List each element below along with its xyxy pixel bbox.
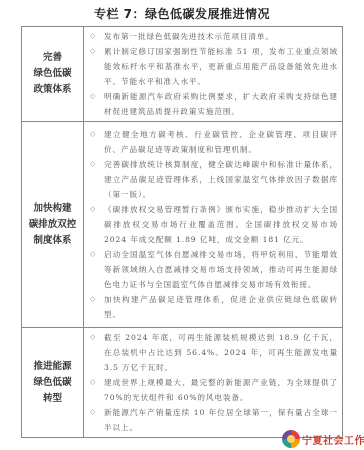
category-cell: 完善 绿色低碳 政策体系: [22, 27, 84, 122]
list-item: ◇ 建立健全地方碳考核、行业碳管控、企业碳管理、项目碳评价、产品碳足迹等政策制度…: [90, 127, 338, 157]
diamond-bullet-icon: ◇: [90, 127, 104, 142]
flower-logo-icon: [282, 430, 300, 448]
diamond-bullet-icon: ◇: [90, 375, 104, 390]
category-line: 完善: [22, 50, 83, 66]
category-line: 碳排放双控: [22, 217, 83, 233]
table-row: 推进能源 绿色低碳 转型 ◇ 截至 2024 年底，可再生能源装机规模达到 18…: [22, 328, 343, 438]
diamond-bullet-icon: ◇: [90, 247, 104, 262]
diamond-bullet-icon: ◇: [90, 202, 104, 217]
list-item: ◇ 《碳排放权交易管理暂行条例》颁布实施，稳步推动扩大全国碳排放权交易市场行业覆…: [90, 202, 338, 247]
list-item: ◇ 累计制定修订国家强制性节能标准 51 项，发布工业重点领域能效标杆水平和基准…: [90, 44, 338, 89]
diamond-bullet-icon: ◇: [90, 157, 104, 172]
category-line: 绿色低碳: [22, 66, 83, 82]
diamond-bullet-icon: ◇: [90, 29, 104, 44]
category-line: 转型: [22, 391, 83, 407]
category-line: 政策体系: [22, 82, 83, 98]
watermark-text: 宁夏社会工作网: [302, 432, 364, 447]
diamond-bullet-icon: ◇: [90, 330, 104, 345]
list-item: ◇ 明确新能源汽车政府采购比例要求，扩大政府采购支持绿色建材促进建筑品质提升政策…: [90, 89, 338, 119]
list-item: ◇ 发布第一批绿色低碳先进技术示范项目清单。: [90, 29, 338, 44]
category-line: 加快构建: [22, 201, 83, 217]
diamond-bullet-icon: ◇: [90, 405, 104, 420]
table-row: 完善 绿色低碳 政策体系 ◇ 发布第一批绿色低碳先进技术示范项目清单。 ◇ 累计…: [22, 27, 343, 122]
category-line: 绿色低碳: [22, 375, 83, 391]
items-cell: ◇ 发布第一批绿色低碳先进技术示范项目清单。 ◇ 累计制定修订国家强制性节能标准…: [84, 27, 343, 122]
list-item: ◇ 完善碳排放统计核算制度，健全碳达峰碳中和标准计量体系，建立产品碳足迹管理体系…: [90, 157, 338, 202]
list-item: ◇ 截至 2024 年底，可再生能源装机规模达到 18.9 亿千瓦，在总装机中占…: [90, 330, 338, 375]
page-title: 专栏 7：绿色低碳发展推进情况: [0, 5, 364, 22]
category-line: 制度体系: [22, 233, 83, 249]
table-row: 加快构建 碳排放双控 制度体系 ◇ 建立健全地方碳考核、行业碳管控、企业碳管理、…: [22, 122, 343, 328]
items-cell: ◇ 截至 2024 年底，可再生能源装机规模达到 18.9 亿千瓦，在总装机中占…: [84, 328, 343, 438]
site-watermark: 宁夏社会工作网: [282, 429, 364, 449]
list-item: ◇ 启动全国温室气体自愿减排交易市场，将甲烷利用、节能增效等新领域纳入自愿减排交…: [90, 247, 338, 292]
items-cell: ◇ 建立健全地方碳考核、行业碳管控、企业碳管理、项目碳评价、产品碳足迹等政策制度…: [84, 122, 343, 328]
policy-table: 完善 绿色低碳 政策体系 ◇ 发布第一批绿色低碳先进技术示范项目清单。 ◇ 累计…: [21, 26, 343, 438]
diamond-bullet-icon: ◇: [90, 89, 104, 104]
category-line: 推进能源: [22, 359, 83, 375]
category-cell: 加快构建 碳排放双控 制度体系: [22, 122, 84, 328]
category-cell: 推进能源 绿色低碳 转型: [22, 328, 84, 438]
list-item: ◇ 建成世界上规模最大、最完整的新能源产业链，为全球提供了 70%的光伏组件和 …: [90, 375, 338, 405]
diamond-bullet-icon: ◇: [90, 292, 104, 307]
diamond-bullet-icon: ◇: [90, 44, 104, 59]
list-item: ◇ 加快构建产品碳足迹管理体系，促进企业供应链绿色低碳转型。: [90, 292, 338, 322]
